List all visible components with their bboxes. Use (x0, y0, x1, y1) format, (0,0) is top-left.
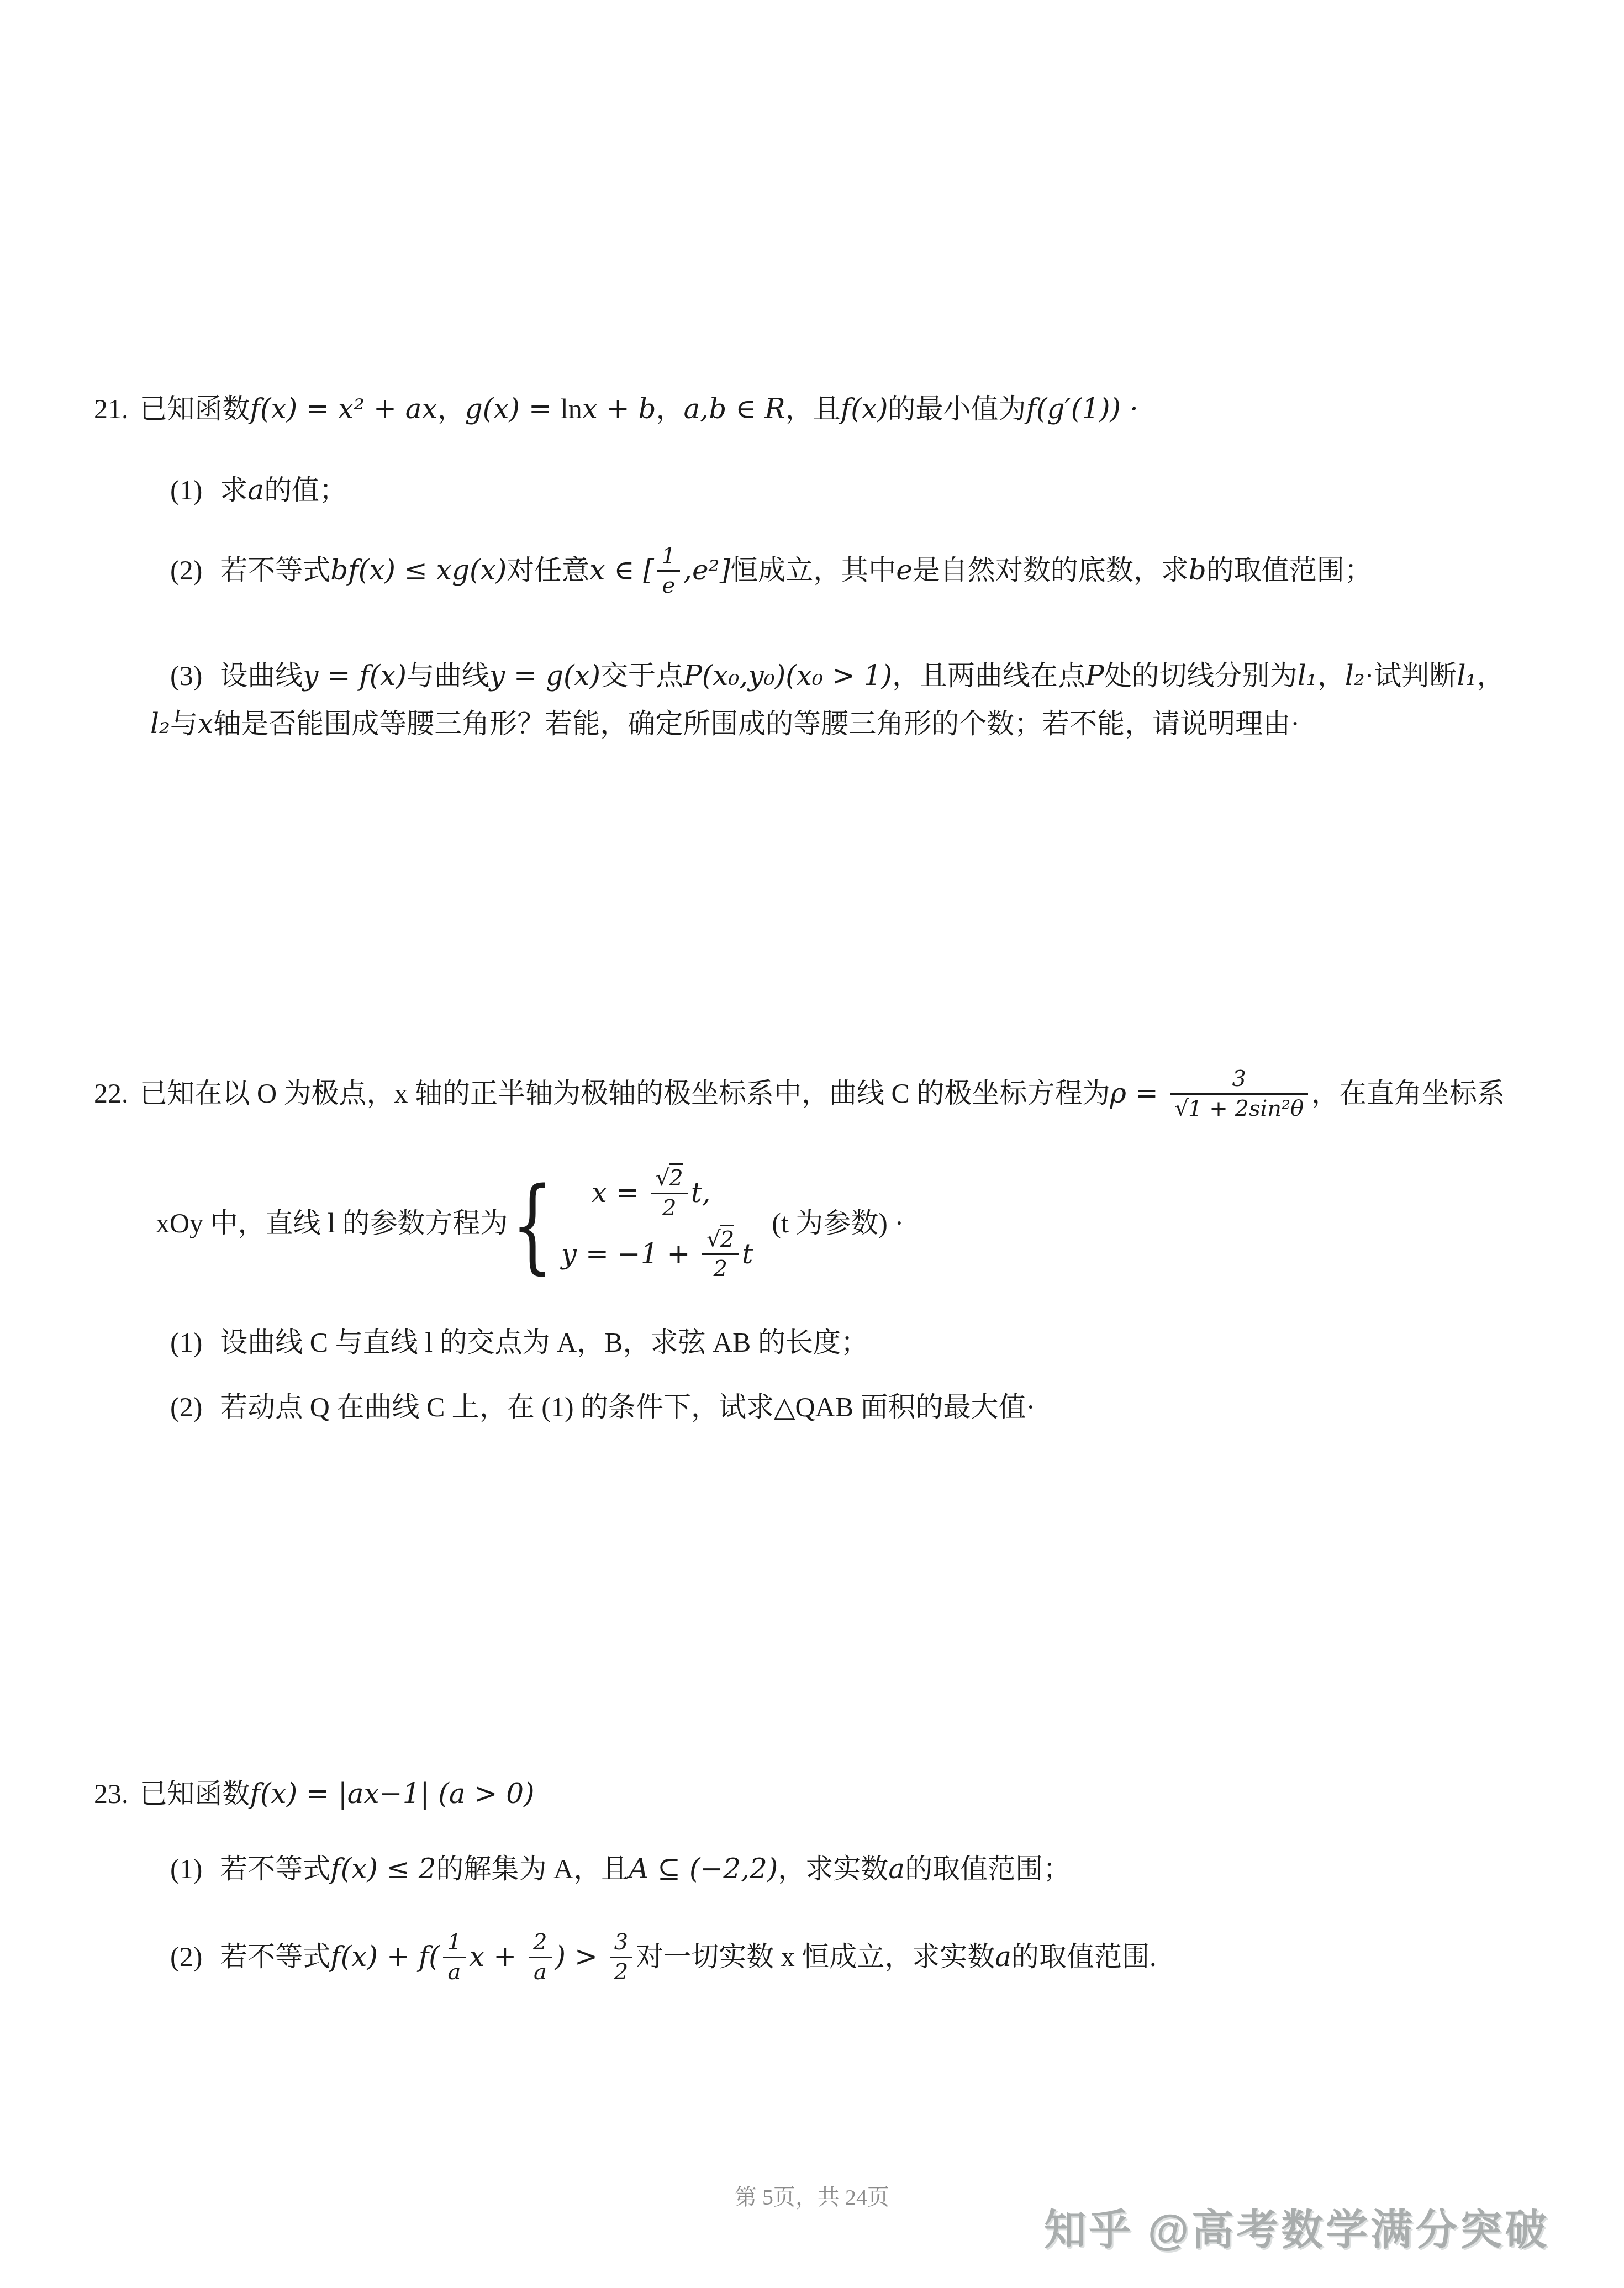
text-run: 的取值范围； (1206, 555, 1372, 586)
fraction: 1a (443, 1930, 466, 1985)
math-run: e (896, 554, 913, 586)
problem-21-item-3-line-1: (3)设曲线y = f(x)与曲线y = g(x)交于点P(x₀,y₀)(x₀ … (170, 656, 1504, 695)
problem-22-item-1: (1)设曲线 C 与直线 l 的交点为 A，B，求弦 AB 的长度； (170, 1323, 868, 1362)
item-number: (2) (170, 551, 202, 589)
fraction-numerator: √2 (651, 1166, 688, 1194)
math-run: f(x) ≤ 2 (330, 1853, 436, 1885)
fraction-denominator: a (443, 1958, 466, 1985)
text-run: ，且 (785, 393, 841, 424)
fraction-denominator: e (657, 572, 680, 598)
problem-21-item-2: (2)若不等式bf(x) ≤ xg(x)对任意x ∈ [1e,e²]恒成立，其中… (170, 546, 1372, 600)
fraction: √22 (651, 1166, 688, 1221)
math-run: l₁ (1457, 660, 1477, 692)
fraction-numerator: 2 (529, 1930, 551, 1958)
text-run: ， (437, 393, 465, 424)
text-run: 处的切线分别为 (1104, 660, 1298, 691)
page: 21.已知函数f(x) = x² + ax，g(x) = lnx + b，a,b… (0, 0, 1624, 2288)
problem-23-item-1: (1)若不等式f(x) ≤ 2的解集为 A，且A ⊆ (−2,2)，求实数a的取… (170, 1849, 1071, 1888)
math-run: t (742, 1237, 753, 1269)
text-run: 已知在以 O 为极点，x 轴的正半轴为极轴的极坐标系中，曲线 C 的极坐标方程为 (140, 1078, 1110, 1109)
math-run: ρ = (1110, 1077, 1167, 1109)
fraction: 2a (529, 1930, 551, 1985)
text-run: ， (656, 393, 684, 424)
math-run: f(x) = |ax−1| (a > 0) (250, 1778, 535, 1810)
math-run: f(x) (841, 393, 888, 425)
fraction-numerator: 3 (1170, 1067, 1309, 1095)
equation-system: x = √22t,y = −1 + √22t (561, 1168, 753, 1284)
fraction: √22 (702, 1227, 739, 1282)
math-run: bf(x) ≤ xg(x) (330, 554, 507, 586)
equation-row-x: x = √22t, (592, 1168, 753, 1223)
math-run: ln (561, 393, 582, 424)
math-run: a (247, 474, 264, 506)
math-run: b (1189, 554, 1206, 586)
fraction: 3√1 + 2sin²θ (1170, 1067, 1309, 1121)
math-run: a,b ∈ R (684, 393, 785, 425)
item-number: (3) (170, 656, 202, 695)
math-run: l₂ (150, 708, 170, 740)
math-run: y = −1 + (561, 1237, 699, 1269)
item-number: (2) (170, 1388, 202, 1426)
radicand: 2 (720, 1225, 734, 1252)
text-run: ， (1317, 660, 1345, 691)
math-run: x (198, 708, 213, 740)
text-run: 的取值范围； (905, 1853, 1071, 1884)
text-run: 与曲线 (407, 660, 489, 691)
math-run: a (995, 1941, 1011, 1973)
item-number: (2) (170, 1937, 202, 1976)
text-run: 若动点 Q 在曲线 C 上，在 (1) 的条件下，试求△QAB 面积的最大值· (220, 1391, 1035, 1422)
radicand: 1 + 2sin²θ (1188, 1094, 1304, 1121)
text-run: 轴是否能围成等腰三角形？若能，确定所围成的等腰三角形的个数；若不能，请说明理由· (213, 708, 1300, 739)
text-run: 是自然对数的底数，求 (913, 555, 1189, 586)
text-run: 的值； (264, 475, 347, 505)
radicand: 2 (669, 1163, 683, 1191)
text-run: xOy 中，直线 l 的参数方程为 (156, 1208, 508, 1238)
text-run: 恒成立，其中 (730, 555, 896, 586)
math-run: ,e²] (683, 554, 730, 586)
fraction-numerator: 1 (657, 544, 680, 572)
math-run: l₂ (1345, 660, 1365, 692)
fraction: 32 (610, 1930, 632, 1985)
text-run: 的解集为 A，且 (436, 1853, 629, 1884)
left-brace: { (512, 1175, 553, 1278)
math-run: x = (592, 1177, 648, 1209)
math-run: f(x) = x² + ax (250, 393, 437, 425)
problem-22-header: 22.已知在以 O 为极点，x 轴的正半轴为极轴的极坐标系中，曲线 C 的极坐标… (94, 1069, 1505, 1124)
sqrt-sign: √ (1175, 1096, 1189, 1121)
text-run: 对任意 (507, 555, 589, 586)
math-run: A ⊆ (−2,2) (629, 1853, 778, 1885)
text-run: 与 (170, 708, 198, 739)
text-run: 若不等式 (220, 1853, 330, 1884)
text-run: 交于点 (600, 660, 683, 691)
item-number: (1) (170, 1849, 202, 1888)
text-run: ，求实数 (778, 1853, 888, 1884)
text-run: 求 (220, 475, 247, 505)
text-run: 设曲线 C 与直线 l 的交点为 A，B，求弦 AB 的长度； (220, 1327, 868, 1358)
fraction-denominator: a (529, 1958, 551, 1985)
equation-row-y: y = −1 + √22t (561, 1230, 753, 1284)
watermark: 知乎 @高考数学满分突破 (1044, 2201, 1549, 2260)
math-run: x ∈ [ (589, 554, 654, 586)
fraction-denominator: 2 (651, 1194, 688, 1221)
problem-22-parametric-line: xOy 中，直线 l 的参数方程为{x = √22t,y = −1 + √22t… (156, 1168, 904, 1284)
text-run: ，且两曲线在点 (892, 660, 1085, 691)
fraction-numerator: 3 (610, 1930, 632, 1958)
text-run: 设曲线 (220, 660, 303, 691)
math-run: y = f(x) (303, 660, 407, 692)
math-run: x + b (582, 393, 656, 425)
math-run: l₁ (1298, 660, 1317, 692)
math-run: ) > (555, 1941, 607, 1973)
text-run: 对一切实数 x 恒成立，求实数 (636, 1941, 995, 1972)
problem-21-item-1: (1)求a的值； (170, 471, 347, 509)
fraction: 1e (657, 544, 680, 598)
math-run: a (888, 1853, 905, 1885)
text-run: 若不等式 (220, 555, 330, 586)
text-run: ， (1477, 660, 1504, 691)
sqrt-sign: √ (656, 1166, 670, 1191)
text-run: ·试判断 (1365, 660, 1457, 691)
text-run: (t 为参数) · (772, 1208, 904, 1238)
math-run: x + (469, 1941, 525, 1973)
item-number: (1) (170, 471, 202, 509)
text-run: 已知函数 (140, 393, 250, 424)
math-run: g(x) = (465, 393, 561, 425)
fraction-denominator: 2 (610, 1958, 632, 1985)
problem-22-item-2: (2)若动点 Q 在曲线 C 上，在 (1) 的条件下，试求△QAB 面积的最大… (170, 1388, 1035, 1426)
fraction-denominator: √1 + 2sin²θ (1170, 1095, 1309, 1121)
text-run: 已知函数 (140, 1778, 250, 1809)
text-run: 若不等式 (220, 1941, 330, 1972)
text-run: 的最小值为 (888, 393, 1026, 424)
problem-21-item-3-line-2: l₂与x轴是否能围成等腰三角形？若能，确定所围成的等腰三角形的个数；若不能，请说… (150, 704, 1300, 743)
fraction-denominator: 2 (702, 1255, 739, 1282)
problem-number: 23. (94, 1774, 129, 1813)
math-run: P (1085, 660, 1104, 692)
math-run: P(x₀,y₀)(x₀ > 1) (683, 660, 892, 692)
fraction-numerator: √2 (702, 1227, 739, 1256)
problem-number: 22. (94, 1074, 129, 1113)
sqrt-sign: √ (706, 1227, 721, 1252)
problem-21-header: 21.已知函数f(x) = x² + ax，g(x) = lnx + b，a,b… (94, 389, 1138, 428)
math-run: f(g′(1)) · (1026, 393, 1138, 425)
fraction-numerator: 1 (443, 1930, 466, 1958)
item-number: (1) (170, 1323, 202, 1362)
math-run: f(x) + f( (330, 1941, 439, 1973)
text-run: ，在直角坐标系 (1311, 1078, 1505, 1109)
math-run: y = g(x) (489, 660, 600, 692)
problem-number: 21. (94, 389, 129, 428)
problem-23-item-2: (2)若不等式f(x) + f(1ax + 2a) > 32对一切实数 x 恒成… (170, 1932, 1157, 1987)
problem-23-header: 23.已知函数f(x) = |ax−1| (a > 0) (94, 1774, 535, 1813)
math-run: t, (691, 1177, 711, 1209)
text-run: 的取值范围. (1011, 1941, 1157, 1972)
